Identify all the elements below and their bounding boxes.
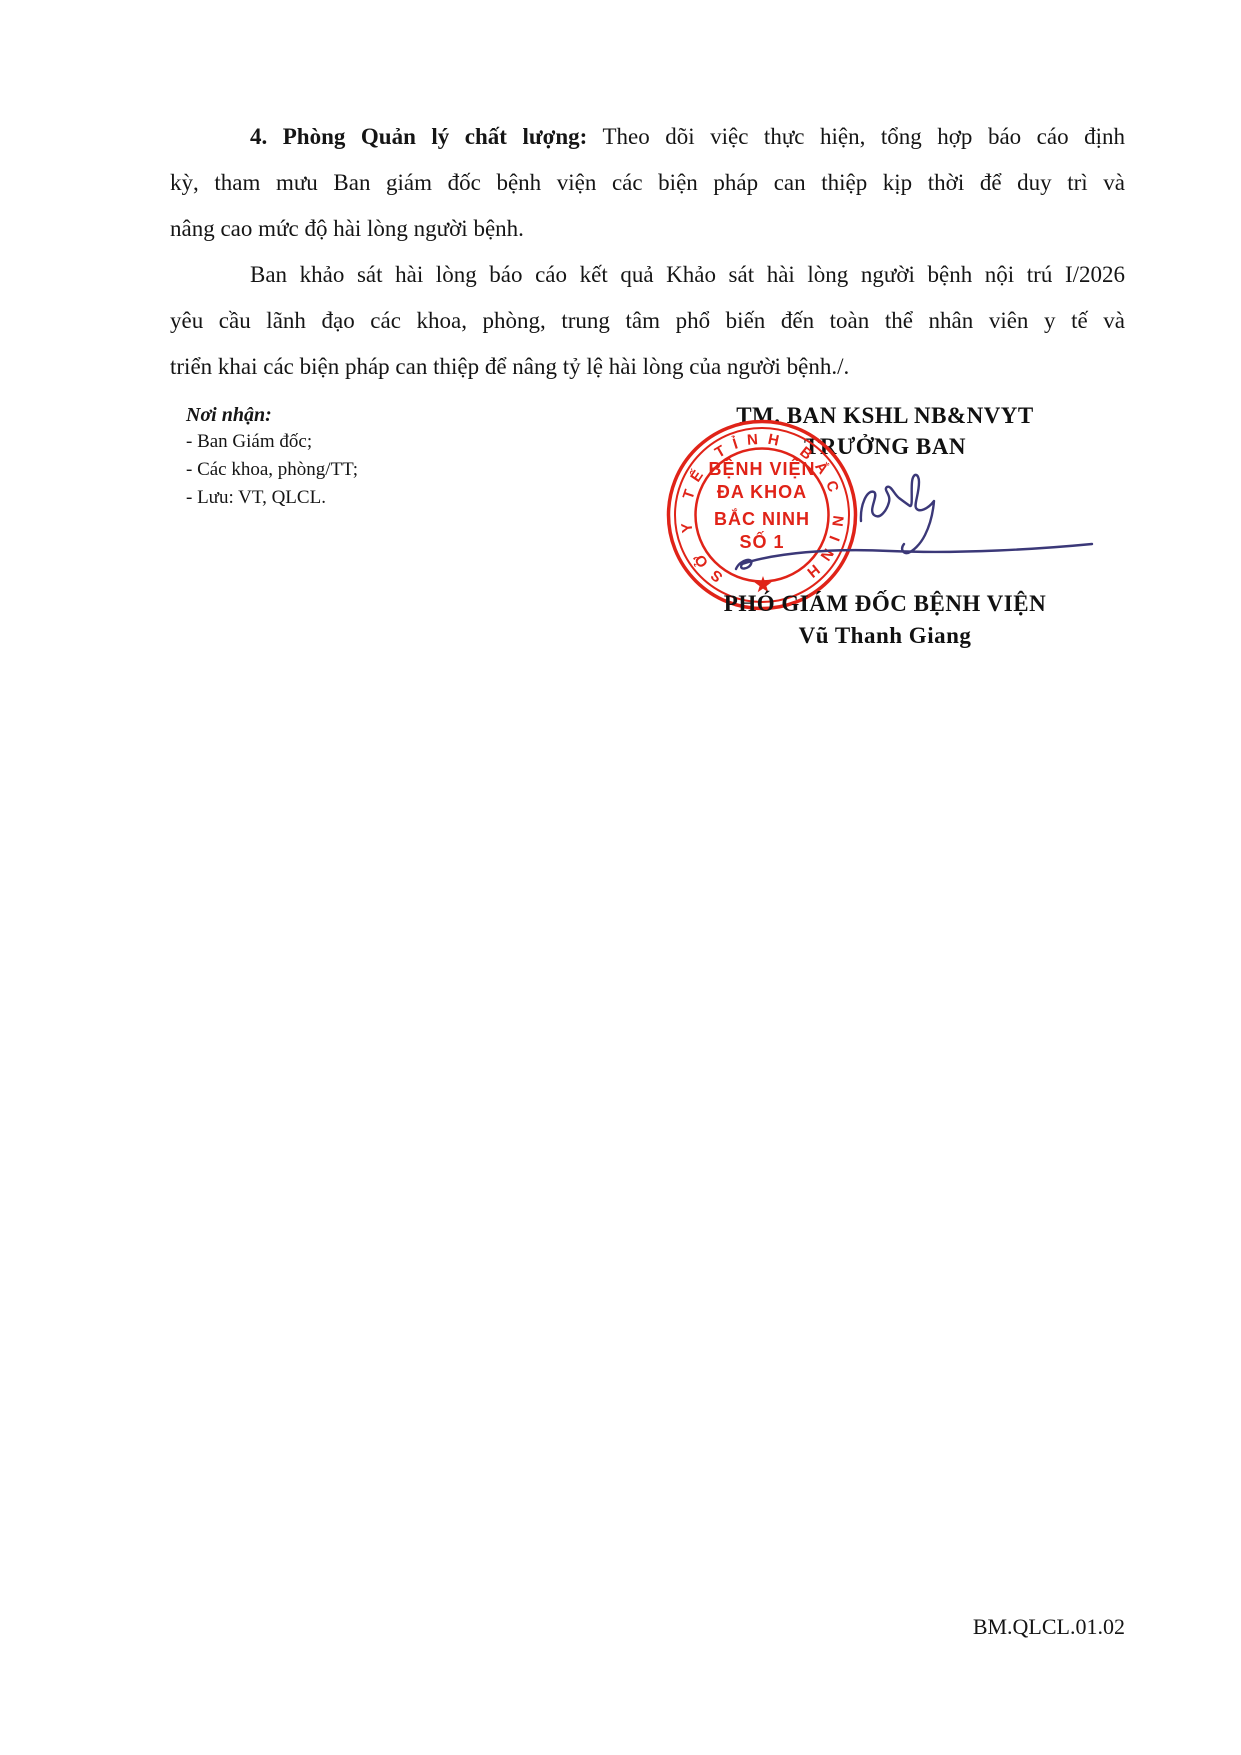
handwritten-signature (730, 445, 1110, 585)
signing-on-behalf: TM. BAN KSHL NB&NVYT (560, 400, 1210, 431)
document-page: 4. Phòng Quản lý chất lượng: Theo dõi vi… (0, 0, 1241, 1755)
recipient-item: - Lưu: VT, QLCL. (186, 484, 358, 512)
recipients-block: Nơi nhận: - Ban Giám đốc; - Các khoa, ph… (186, 402, 358, 512)
signer-title: PHÓ GIÁM ĐỐC BỆNH VIỆN (560, 588, 1210, 620)
recipients-label: Nơi nhận: (186, 402, 358, 428)
body-line: kỳ, tham mưu Ban giám đốc bệnh viện các … (170, 160, 1125, 206)
signer-name: Vũ Thanh Giang (560, 620, 1210, 652)
signature-underline (736, 544, 1092, 569)
signer-block: PHÓ GIÁM ĐỐC BỆNH VIỆN Vũ Thanh Giang (560, 588, 1210, 652)
recipient-item: - Ban Giám đốc; (186, 428, 358, 456)
form-code: BM.QLCL.01.02 (805, 1614, 1125, 1640)
body-line: Ban khảo sát hài lòng báo cáo kết quả Kh… (170, 252, 1125, 298)
body-line: yêu cầu lãnh đạo các khoa, phòng, trung … (170, 298, 1125, 344)
recipient-item: - Các khoa, phòng/TT; (186, 456, 358, 484)
body-line: nâng cao mức độ hài lòng người bệnh. (170, 206, 1125, 252)
signature-scrawl (861, 475, 934, 553)
body-text: Theo dõi việc thực hiện, tổng hợp báo cá… (587, 124, 1125, 149)
body-line: 4. Phòng Quản lý chất lượng: Theo dõi vi… (170, 114, 1125, 160)
body-line: triển khai các biện pháp can thiệp để nâ… (170, 344, 1125, 390)
paragraph-heading: 4. Phòng Quản lý chất lượng: (250, 124, 587, 149)
